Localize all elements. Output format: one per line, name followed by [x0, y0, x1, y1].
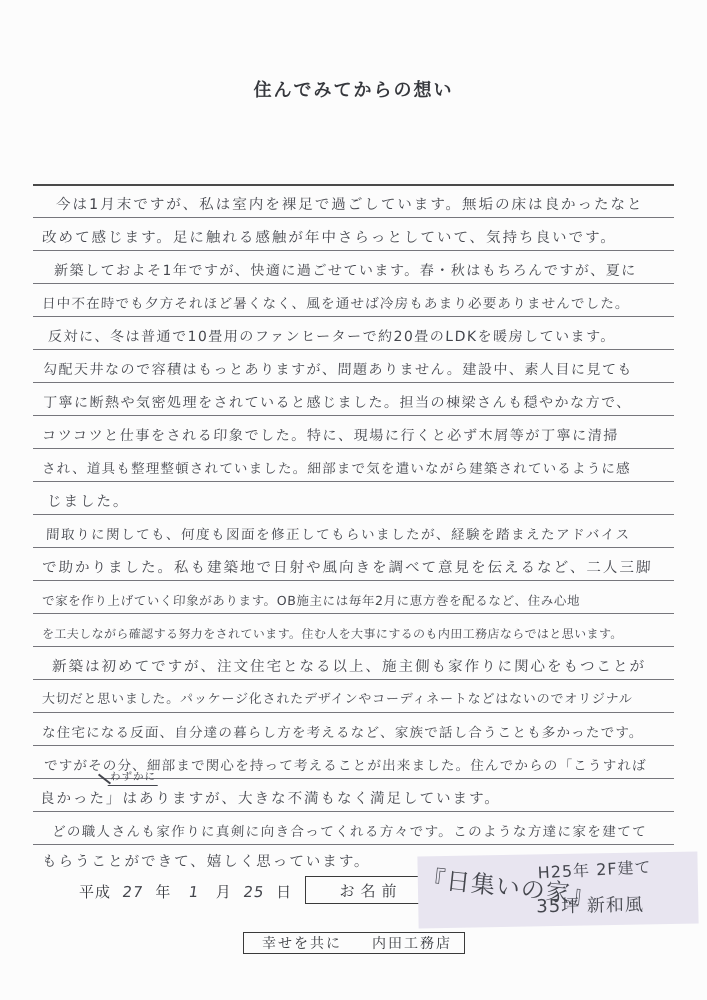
date-era-label: 平成	[79, 881, 111, 905]
insertion-note: わずかに	[108, 769, 159, 786]
handwritten-line: で助かりました。私も建築地で日射や風向きを調べて意見を伝えるなど、二人三脚	[42, 555, 653, 581]
handwritten-line: 間取りに関しても、何度も図面を修正してもらいましたが、経験を踏まえたアドバイス	[46, 522, 632, 548]
handwritten-line: 新築は初めてですが、注文住宅となる以上、施主側も家作りに関心をもつことが	[52, 654, 647, 680]
handwritten-line: 大切だと思いました。パッケージ化されたデザインやコーディネートなどはないのでオリ…	[42, 687, 633, 713]
company-name: 内田工務店	[372, 933, 452, 953]
name-field-label: お名前	[339, 880, 402, 901]
ruled-lines	[33, 185, 674, 846]
handwritten-line: どの職人さんも家作りに真剣に向き合ってくれる方々です。このような方達に家を建てて	[52, 819, 648, 845]
name-sticky-note: 『日集いの家』 H25年 2F建て 35坪 新和風	[417, 852, 698, 929]
date-year-value: 27	[119, 880, 148, 904]
handwritten-line: で家を作り上げていく印象があります。OB施主には毎年2月に恵方巻を配るなど、住み…	[42, 588, 581, 614]
handwritten-line: 良かった」はありますが、大きな不満もなく満足しています。	[40, 786, 502, 812]
handwritten-line: 日中不在時でも夕方それほど暑くなく、風を通せば冷房もあまり必要ありませんでした。	[42, 291, 631, 317]
house-size-spec: 35坪 新和風	[536, 891, 644, 919]
date-day-value: 25	[239, 880, 268, 904]
handwritten-line: コツコツと仕事をされる印象でした。特に、現場に行くと必ず木屑等が丁寧に清掃	[42, 423, 620, 449]
handwritten-line: 今は1月末ですが、私は室内を裸足で過ごしています。無垢の床は良かったなと	[56, 192, 644, 218]
handwritten-line: 改めて感じます。足に触れる感触が年中さらっとしていて、気持ち良いです。	[42, 225, 618, 251]
date-month-label: 月	[216, 881, 232, 905]
handwritten-line: 丁寧に断熱や気密処理をされていると感じました。担当の棟梁さんも穏やかな方で、	[43, 390, 633, 416]
handwritten-line: 勾配天井なので容積はもっとありますが、問題ありません。建設中、素人目に見ても	[43, 357, 634, 383]
house-built-spec: H25年 2F建て	[537, 854, 652, 883]
handwritten-line: 反対に、冬は普通で10畳用のファンヒーターで約20畳のLDKを暖房しています。	[48, 324, 617, 350]
handwritten-line: 新築しておよそ1年ですが、快適に過ごせています。春・秋はもちろんですが、夏に	[54, 258, 638, 284]
date-day-label: 日	[276, 881, 292, 905]
page-title: 住んでみてからの想い	[0, 76, 707, 102]
date-line: 平成 27 年 1 月 25 日	[75, 880, 296, 904]
company-footer-box: 幸せを共に 内田工務店	[243, 932, 465, 954]
document-page: 住んでみてからの想い 今は1月末ですが、私は室内を裸足で過ごしています。無垢の床…	[0, 0, 707, 1000]
handwritten-line: もらうことができて、嬉しく思っています。	[42, 849, 371, 875]
handwritten-line: な住宅になる反面、自分達の暮らし方を考えるなど、家族で話し合うことも多かったです…	[42, 720, 645, 746]
date-month-value: 1	[179, 880, 208, 904]
handwritten-line: され、道具も整理整頓されていました。細部まで気を遣いながら建築されているように感	[42, 456, 632, 482]
handwritten-line: を工夫しながら確認する努力をされています。住む人を大事にするのも内田工務店ならで…	[42, 621, 624, 647]
handwritten-line: じました。	[47, 489, 130, 515]
company-slogan: 幸せを共に	[262, 933, 342, 953]
date-year-label: 年	[155, 881, 171, 905]
